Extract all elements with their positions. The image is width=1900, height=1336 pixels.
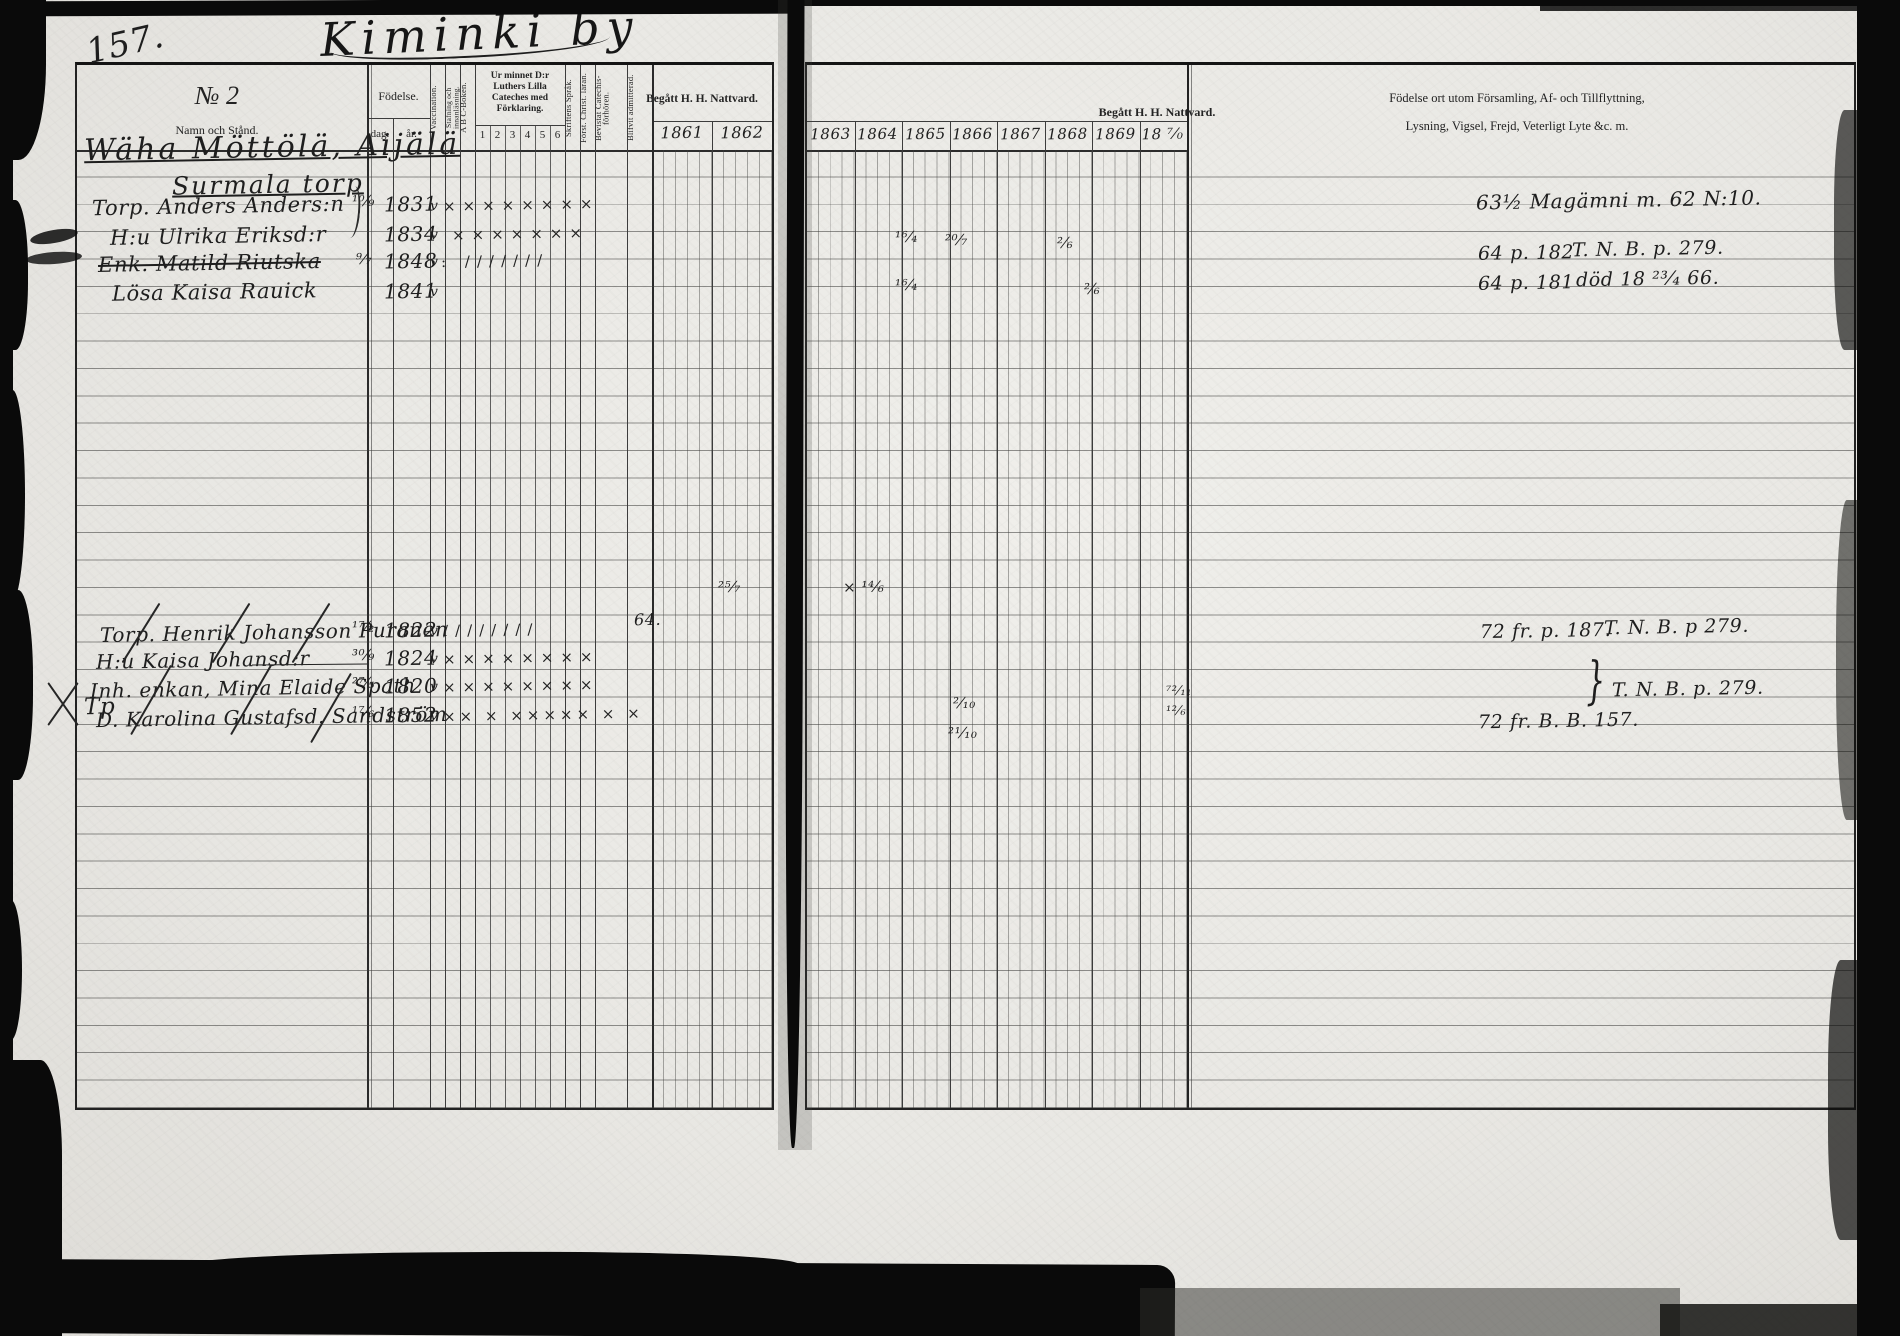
person-name: Torp. Anders Anders:n — [92, 192, 345, 220]
communion-year-1868: 1868 — [1044, 125, 1091, 144]
notes-brace: } — [1585, 651, 1606, 712]
scan-edge-right-blob — [1836, 500, 1860, 820]
cateches-marks: ∕∕∕∕∕∕∕∕ — [443, 620, 540, 640]
communion-year-1863: 1863 — [807, 125, 854, 144]
cateches-col-5: 5 — [535, 129, 550, 141]
notes-annotation: T. N. B. p. 279. — [1572, 237, 1724, 262]
notes-annotation: 63½ Magämni m. 62 N:10. — [1476, 186, 1762, 215]
communion-date-mark: ²⁰⁄₇ — [945, 231, 968, 249]
birth-day: ¹⁷⁄₆ — [352, 703, 375, 721]
admitted-note: 64. — [634, 610, 662, 629]
birth-header-divider — [367, 118, 430, 119]
vaccination-mark: v — [430, 623, 439, 639]
communion-date-mark: ²⁄₆ — [1057, 234, 1074, 252]
cateches-header: Ur minnet D:r Luthers Lilla Cateches med… — [476, 71, 564, 115]
notes-annotation: död 18 ²³⁄₄ 66. — [1576, 267, 1720, 291]
birth-day: ²⁷⁄₅ — [352, 674, 375, 692]
vaccination-mark: v — [430, 651, 439, 667]
communion-year-1869: 1869 — [1092, 125, 1139, 144]
scan-edge-left-blob — [0, 900, 22, 1040]
birth-day: ³⁰⁄₉ — [352, 646, 375, 664]
communion-date-mark: ²¹⁄₁₀ — [948, 724, 978, 743]
communion-year-1867: 1867 — [997, 125, 1044, 144]
scan-edge-bottom-ext — [1140, 1288, 1680, 1336]
notes-header-line2: Lysning, Vigsel, Frejd, Veterligt Lyte &… — [1207, 119, 1827, 134]
left-page-table: № 2 Namn och Stånd. Födelse. dag. år. Va… — [75, 62, 774, 1110]
communion-year-1865: 1865 — [902, 125, 949, 144]
scan-edge-top-right — [1540, 0, 1900, 11]
right-page-table: Begått H. H. Nattvard. 1863 1864 1865 18… — [805, 62, 1856, 1110]
blifvit-admitterad-column-header: Blifvit admitterad. — [627, 69, 652, 147]
vaccination-mark: v — [430, 254, 439, 270]
scan-edge-right-blob — [1828, 960, 1860, 1240]
communion-date-mark: ²⁄₁₀ — [953, 694, 976, 712]
communion-date-mark: ²⁄₆ — [1084, 280, 1101, 298]
communion-date-mark: ¹⁶⁄₄ — [895, 276, 918, 294]
communion-year-1862: 1862 — [712, 122, 772, 142]
cateches-marks: ×××××××× — [443, 648, 600, 669]
notes-annotation: 72 fr. p. 187. — [1480, 619, 1612, 643]
vaccination-mark: v — [430, 679, 439, 695]
margin-ink-smudge — [29, 226, 79, 247]
communion-year-1870: 18 ⁷⁄₀ — [1139, 125, 1186, 144]
communion-year-1864: 1864 — [854, 125, 901, 144]
tp-note: Tp — [84, 694, 116, 721]
cateches-col-4: 4 — [520, 129, 535, 141]
notes-header-line1: Födelse ort utom Församling, Af- och Til… — [1207, 91, 1827, 106]
communion-date-mark: × ¹⁴⁄₆ — [843, 578, 885, 597]
scan-edge-right — [1857, 0, 1900, 1336]
birth-day: ¹⁷⁄₂ — [352, 618, 375, 636]
cateches-col-2: 2 — [490, 129, 505, 141]
bevistat-catechesforhoren-column-header: Bevistat Catechis-förhören. — [595, 69, 627, 147]
communion-date-mark: ⁷²⁄₁₁ — [1166, 684, 1192, 699]
notes-annotation: T. N. B. p 279. — [1604, 615, 1749, 640]
cateches-marks: ×××××××× — [443, 195, 600, 216]
scanned-parish-register-page: № 2 Namn och Stånd. Födelse. dag. år. Va… — [0, 0, 1900, 1336]
communion-date-mark: ¹⁶⁄₄ — [895, 228, 918, 246]
cateches-marks: ×× × ××××× × × — [443, 704, 644, 726]
scan-edge-left-blob — [0, 0, 46, 160]
vaccination-mark: v — [430, 198, 439, 214]
scan-edge-left-blob — [0, 200, 28, 350]
cateches-marks: ××××××× — [452, 224, 589, 244]
birth-header: Födelse. — [367, 89, 430, 104]
notes-annotation: 64 p. 181 — [1478, 271, 1574, 295]
margin-ink-smudge — [26, 250, 83, 266]
communion-subcolumn-ruling — [807, 150, 1187, 1108]
cateches-col-3: 3 — [505, 129, 520, 141]
cateches-marks: ×××××××× — [443, 676, 600, 697]
communion-date-mark: ¹²⁄₆ — [1166, 704, 1186, 719]
notes-annotation: 64 p. 182 — [1478, 241, 1574, 265]
scan-edge-top — [0, 0, 795, 16]
scan-edge-right-blob — [1834, 110, 1860, 350]
cateches-marks: : ∕∕∕∕∕∕∕ — [441, 251, 550, 271]
group-number: № 2 — [132, 81, 302, 111]
vaccination-mark: v — [430, 708, 439, 724]
notes-annotation: T. N. B. p. 279. — [1612, 677, 1764, 702]
scan-edge-left-blob — [0, 590, 33, 780]
abc-boken-column-header: A B C-Boken. — [460, 69, 475, 147]
communion-year-1866: 1866 — [949, 125, 996, 144]
birth-day: ⁹⁄₇ — [356, 250, 373, 268]
communion-header-right: Begått H. H. Nattvard. — [1042, 105, 1272, 120]
notes-annotation: 72 fr. B. B. 157. — [1478, 709, 1639, 734]
vaccination-mark: v — [430, 284, 439, 300]
communion-header-left: Begått H. H. Nattvard. — [637, 93, 767, 105]
communion-subcolumn-ruling — [652, 150, 772, 1108]
village-row: Wäha Möttölä, Aijälä — [84, 127, 461, 169]
person-name: Lösa Kaisa Rauick — [112, 278, 318, 306]
person-name: H:u Ulrika Eriksd:r — [110, 222, 327, 250]
communion-year-1861: 1861 — [652, 122, 712, 142]
vaccination-mark: v — [430, 227, 439, 243]
scan-edge-left-blob — [0, 390, 25, 600]
person-name-struck: Enk. Matild Riutska — [98, 249, 321, 277]
cateches-col-1: 1 — [475, 129, 490, 141]
communion-date-mark: ²⁵⁄₇ — [718, 578, 741, 596]
scan-edge-bottom-ragged — [180, 1250, 800, 1284]
